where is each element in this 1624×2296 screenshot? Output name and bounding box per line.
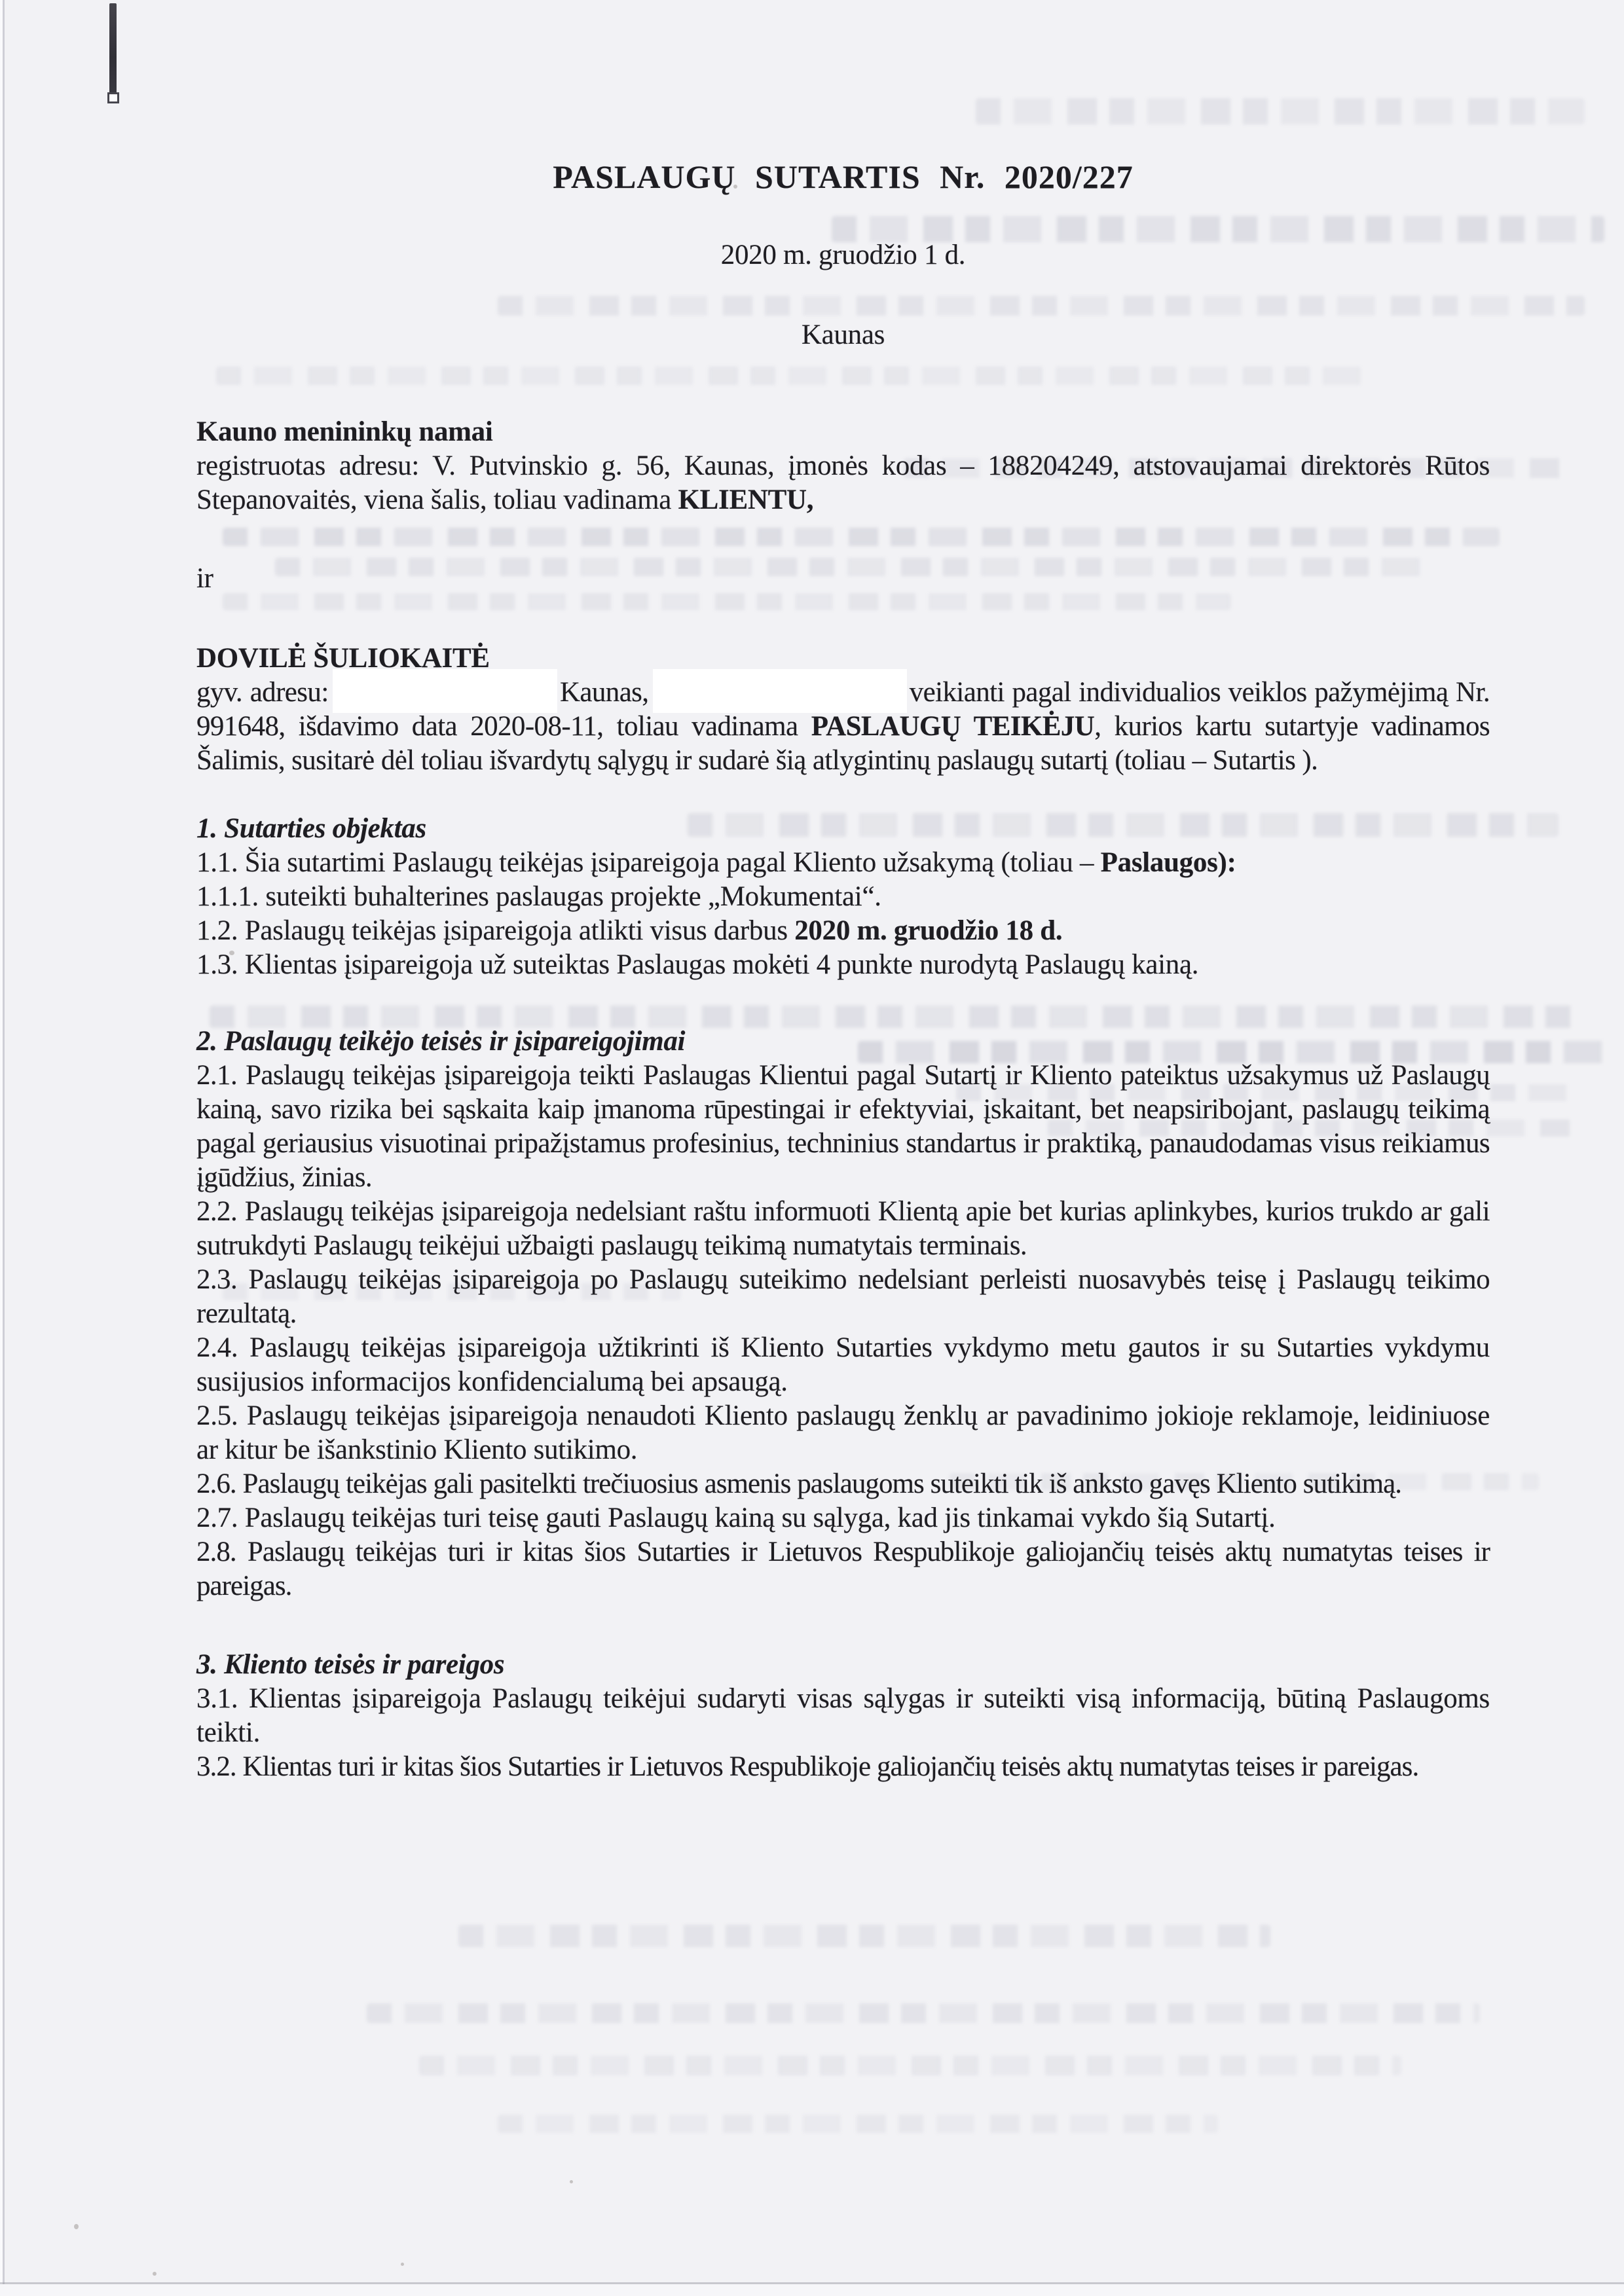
clause-3-2: 3.2. Klientas turi ir kitas šios Sutarti… (196, 1750, 1490, 1784)
clause-3-1: 3.1. Klientas įsipareigoja Paslaugų teik… (196, 1682, 1490, 1750)
contract-title: PASLAUGŲ SUTARTIS Nr. 2020/227 (196, 157, 1490, 196)
section-1-heading: 1. Sutarties objektas (196, 812, 1490, 846)
client-alias: KLIENTU, (678, 484, 814, 515)
redaction-box-address (336, 701, 552, 701)
dust-speck (153, 2272, 157, 2276)
staple-mark (109, 3, 117, 101)
contract-document: PASLAUGŲ SUTARTIS Nr. 2020/227 2020 m. g… (196, 157, 1490, 1784)
dust-speck (570, 2180, 573, 2183)
bleedthrough-artifact (419, 2056, 1401, 2075)
client-details: registruotas adresu: V. Putvinskio g. 56… (196, 449, 1490, 517)
clause-2-7: 2.7. Paslaugų teikėjas turi teisę gauti … (196, 1501, 1490, 1535)
clause-1-1: 1.1. Šia sutartimi Paslaugų teikėjas įsi… (196, 846, 1490, 880)
redaction-box-personal (656, 701, 902, 701)
provider-details: gyv. adresu: Kaunas, veikianti pagal ind… (196, 676, 1490, 778)
clause-2-6: 2.6. Paslaugų teikėjas gali pasitelkti t… (196, 1467, 1490, 1501)
conjunction-ir: ir (196, 562, 1490, 596)
contract-city: Kaunas (196, 318, 1490, 352)
clause-1-1-bold: Paslaugos): (1101, 847, 1236, 878)
clause-2-5: 2.5. Paslaugų teikėjas įsipareigoja nena… (196, 1399, 1490, 1467)
section-3-heading: 3. Kliento teisės ir pareigos (196, 1648, 1490, 1682)
clause-2-4: 2.4. Paslaugų teikėjas įsipareigoja užti… (196, 1331, 1490, 1399)
page: PASLAUGŲ SUTARTIS Nr. 2020/227 2020 m. g… (0, 0, 1624, 2296)
clause-2-1: 2.1. Paslaugų teikėjas įsipareigoja teik… (196, 1059, 1490, 1195)
client-details-text: registruotas adresu: V. Putvinskio g. 56… (196, 450, 1490, 515)
clause-1-2: 1.2. Paslaugų teikėjas įsipareigoja atli… (196, 914, 1490, 948)
provider-alias: PASLAUGŲ TEIKĖJU (811, 711, 1095, 742)
dust-speck (401, 2263, 404, 2266)
provider-city: Kaunas, (560, 677, 649, 708)
page-edge-bottom-strip (0, 2284, 1624, 2296)
scanned-contract-page: { "colors": { "page_bg": "#f2f2f5", "ink… (0, 0, 1624, 2296)
page-edge-left-line (3, 0, 5, 2296)
clause-2-3: 2.3. Paslaugų teikėjas įsipareigoja po P… (196, 1263, 1490, 1331)
clause-1-2-text: 1.2. Paslaugų teikėjas įsipareigoja atli… (196, 915, 794, 946)
bleedthrough-artifact (976, 98, 1585, 124)
bleedthrough-artifact (458, 1925, 1270, 1947)
clause-1-2-deadline: 2020 m. gruodžio 18 d. (794, 915, 1062, 946)
bleedthrough-artifact (498, 2115, 1218, 2133)
clause-1-3: 1.3. Klientas įsipareigoja už suteiktas … (196, 948, 1490, 982)
contract-date: 2020 m. gruodžio 1 d. (196, 238, 1490, 272)
bleedthrough-artifact (367, 2003, 1480, 2023)
clause-2-8: 2.8. Paslaugų teikėjas turi ir kitas šio… (196, 1535, 1490, 1603)
clause-2-2: 2.2. Paslaugų teikėjas įsipareigoja nede… (196, 1195, 1490, 1263)
client-name: Kauno menininkų namai (196, 415, 1490, 449)
clause-1-1-text: 1.1. Šia sutartimi Paslaugų teikėjas įsi… (196, 847, 1101, 878)
section-2-heading: 2. Paslaugų teikėjo teisės ir įsipareigo… (196, 1025, 1490, 1059)
provider-address-label: gyv. adresu: (196, 677, 329, 708)
clause-1-1-1: 1.1.1. suteikti buhalterines paslaugas p… (196, 880, 1490, 914)
dust-speck (74, 2224, 79, 2229)
